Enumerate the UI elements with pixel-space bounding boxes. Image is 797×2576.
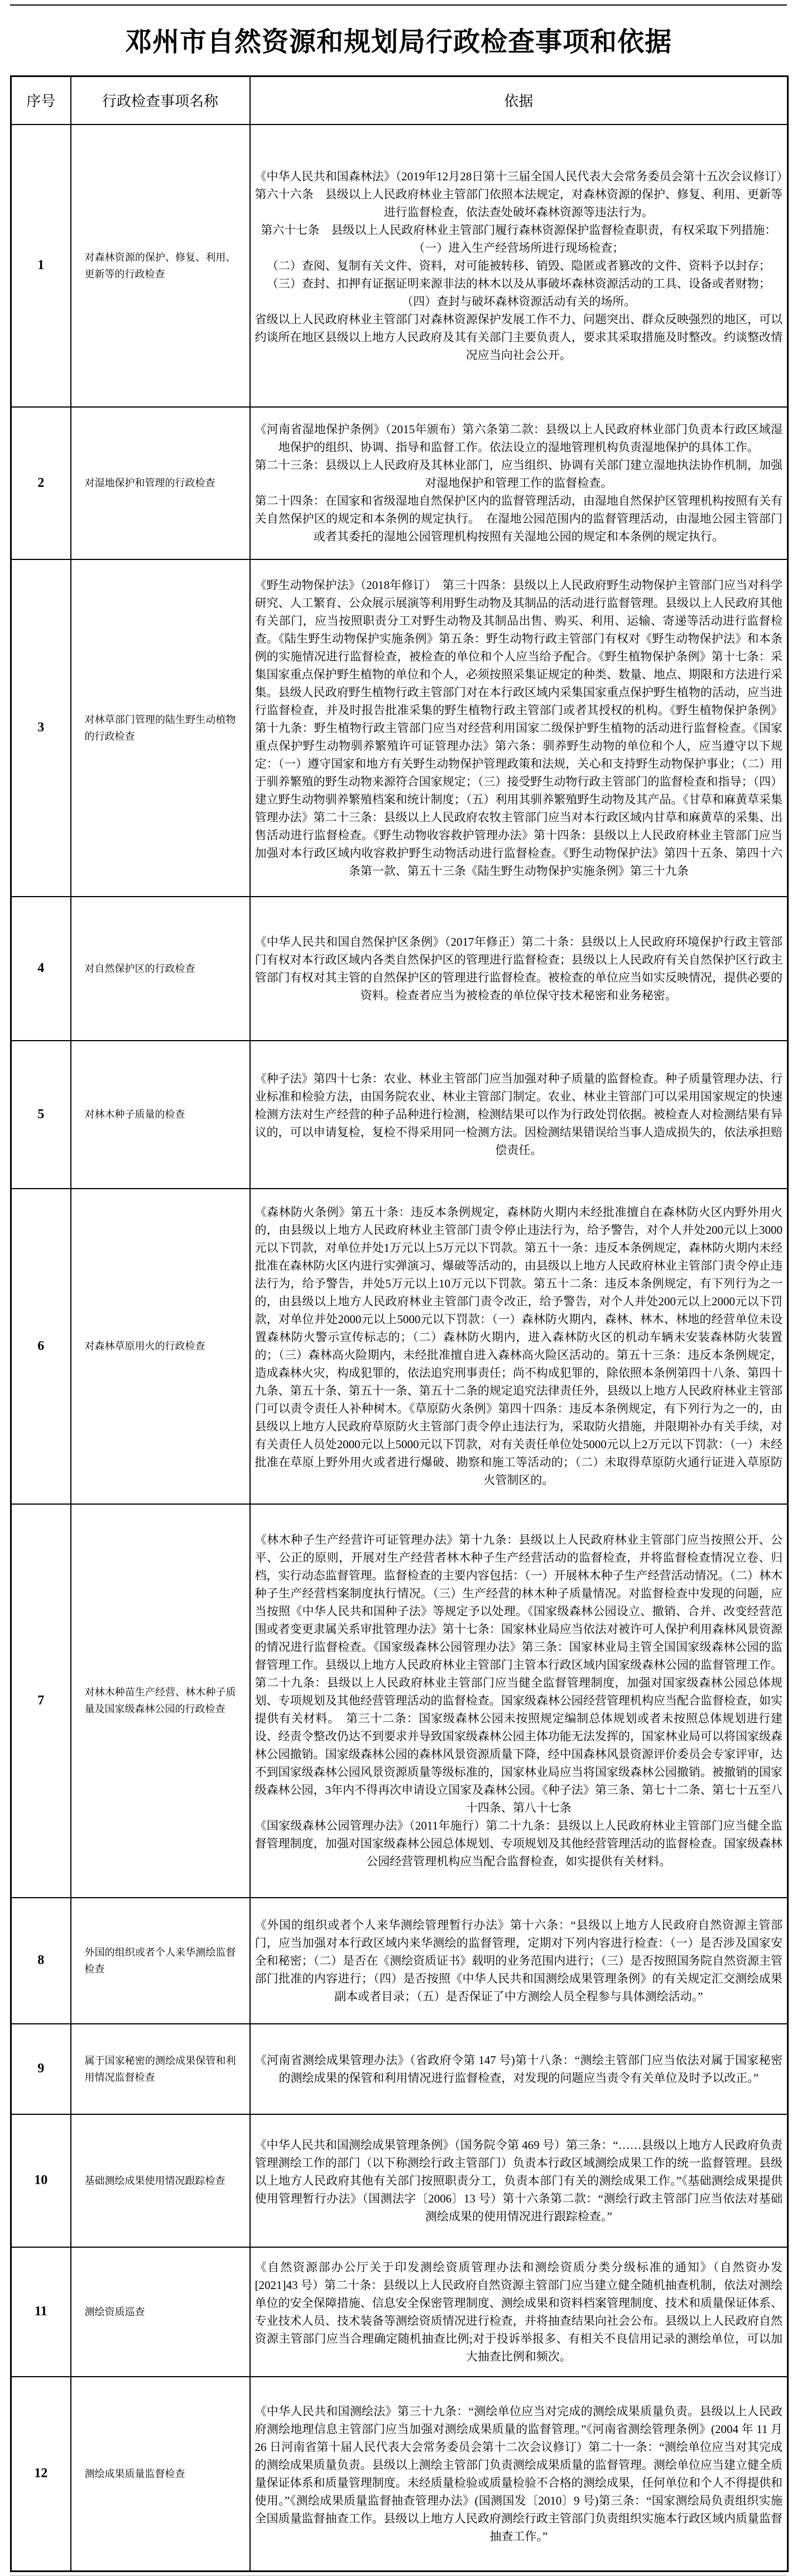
- table-row: 4对自然保护区的行政检查《中华人民共和国自然保护区条例》（2017年修正）第二十…: [11, 897, 788, 1041]
- basis-paragraph: 第二十四条：在国家和省级湿地自然保护区内的监督管理活动，由湿地自然保护区管理机构…: [255, 492, 783, 545]
- table-row: 10基础测绘成果使用情况跟踪检查《中华人民共和国测绘成果管理条例》（国务院令第 …: [11, 2114, 788, 2247]
- table-row: 3对林草部门管理的陆生野生动植物的行政检查《野生动物保护法》（2018年修订） …: [11, 559, 788, 897]
- basis-paragraph: 《野生动物保护法》（2018年修订） 第三十四条：县级以上人民政府野生动物保护主…: [255, 576, 783, 880]
- basis-cell: 《河南省测绘成果管理办法》（省政府令第 147 号)第十八条：“测绘主管部门应当…: [250, 2024, 788, 2114]
- basis-paragraph: 《林木种子生产经营许可证管理办法》第十九条：县级以上人民政府林业主管部门应当按照…: [255, 1531, 783, 1817]
- inspection-items-table: 序号 行政检查事项名称 依据 1对森林资源的保护、修复、利用、更新等的行政检查《…: [10, 75, 789, 2572]
- basis-paragraph: 《河南省湿地保护条例》（2015年颁布）第六条第二款：县级以上人民政府林业部门负…: [255, 420, 783, 456]
- item-name-cell: 基础测绘成果使用情况跟踪检查: [71, 2114, 250, 2247]
- basis-cell: 《野生动物保护法》（2018年修订） 第三十四条：县级以上人民政府野生动物保护主…: [250, 559, 788, 897]
- serial-cell: 10: [11, 2114, 71, 2247]
- basis-cell: 《中华人民共和国测绘成果管理条例》（国务院令第 469 号）第三条：“……县级以…: [250, 2114, 788, 2247]
- basis-paragraph: 省级以上人民政府林业主管部门对森林资源保护发展工作不力、问题突出、群众反映强烈的…: [255, 310, 783, 364]
- serial-cell: 3: [11, 559, 71, 897]
- basis-paragraph: 《森林防火条例》第五十条：违反本条例规定，森林防火期内未经批准擅自在森林防火区内…: [255, 1203, 783, 1489]
- table-row: 11测绘资质巡查《自然资源部办公厅关于印发测绘资质管理办法和测绘资质分类分级标准…: [11, 2247, 788, 2377]
- column-header-serial: 序号: [11, 76, 71, 125]
- document-page: 邓州市自然资源和规划局行政检查事项和依据 序号 行政检查事项名称 依据 1对森林…: [10, 0, 787, 2576]
- item-name-cell: 对自然保护区的行政检查: [71, 897, 250, 1041]
- table-row: 2对湿地保护和管理的行政检查《河南省湿地保护条例》（2015年颁布）第六条第二款…: [11, 407, 788, 559]
- basis-cell: 《中华人民共和国测绘法》第三十九条：“测绘单位应当对完成的测绘成果质量负责。县级…: [250, 2377, 788, 2572]
- basis-paragraph: 《中华人民共和国森林法》（2019年12月28日第十三届全国人民代表大会常务委员…: [255, 167, 783, 221]
- basis-cell: 《中华人民共和国自然保护区条例》（2017年修正）第二十条：县级以上人民政府环境…: [250, 897, 788, 1041]
- serial-cell: 11: [11, 2247, 71, 2377]
- item-name-cell: 对森林草原用火的行政检查: [71, 1189, 250, 1504]
- basis-cell: 《自然资源部办公厅关于印发测绘资质管理办法和测绘资质分类分级标准的通知》（自然资…: [250, 2247, 788, 2377]
- serial-cell: 1: [11, 125, 71, 407]
- column-header-item-name: 行政检查事项名称: [71, 76, 250, 125]
- basis-paragraph: （二）查阅、复制有关文件、资料，对可能被转移、销毁、隐匿或者篡改的文件、资料予以…: [255, 257, 783, 275]
- item-name-cell: 测绘成果质量监督检查: [71, 2377, 250, 2572]
- serial-cell: 7: [11, 1504, 71, 1898]
- item-name-cell: 对林木种子质量的检查: [71, 1041, 250, 1189]
- table-row: 7对林木种苗生产经营、林木种子质量及国家级森林公园的行政检查《林木种子生产经营许…: [11, 1504, 788, 1898]
- serial-cell: 8: [11, 1898, 71, 2024]
- item-name-cell: 属于国家秘密的测绘成果保管和利用情况监督检查: [71, 2024, 250, 2114]
- basis-paragraph: 《中华人民共和国自然保护区条例》（2017年修正）第二十条：县级以上人民政府环境…: [255, 933, 783, 1004]
- basis-paragraph: 第二十三条：县级以上人民政府及其林业部门，应当组织、协调有关部门建立湿地执法协作…: [255, 456, 783, 492]
- table-row: 5对林木种子质量的检查《种子法》第四十七条：农业、林业主管部门应当加强对种子质量…: [11, 1041, 788, 1189]
- basis-paragraph: 《自然资源部办公厅关于印发测绘资质管理办法和测绘资质分类分级标准的通知》（自然资…: [255, 2258, 783, 2366]
- table-row: 9属于国家秘密的测绘成果保管和利用情况监督检查《河南省测绘成果管理办法》（省政府…: [11, 2024, 788, 2114]
- basis-cell: 《外国的组织或者个人来华测绘管理暂行办法》第十六条：“县级以上地方人民政府自然资…: [250, 1898, 788, 2024]
- item-name-cell: 对森林资源的保护、修复、利用、更新等的行政检查: [71, 125, 250, 407]
- basis-paragraph: （四）查封与破坏森林资源活动有关的场所。: [255, 293, 783, 310]
- item-name-cell: 对林草部门管理的陆生野生动植物的行政检查: [71, 559, 250, 897]
- basis-paragraph: 《外国的组织或者个人来华测绘管理暂行办法》第十六条：“县级以上地方人民政府自然资…: [255, 1916, 783, 2005]
- table-header-row: 序号 行政检查事项名称 依据: [11, 76, 788, 125]
- basis-cell: 《种子法》第四十七条：农业、林业主管部门应当加强对种子质量的监督检查。种子质量管…: [250, 1041, 788, 1189]
- page-title: 邓州市自然资源和规划局行政检查事项和依据: [10, 6, 787, 75]
- basis-paragraph: （一）进入生产经营场所进行现场检查；: [255, 239, 783, 257]
- basis-cell: 《林木种子生产经营许可证管理办法》第十九条：县级以上人民政府林业主管部门应当按照…: [250, 1504, 788, 1898]
- basis-cell: 《森林防火条例》第五十条：违反本条例规定，森林防火期内未经批准擅自在森林防火区内…: [250, 1189, 788, 1504]
- basis-paragraph: 《国家级森林公园管理办法》（2011年施行）第二十九条：县级以上人民政府林业主管…: [255, 1817, 783, 1870]
- serial-cell: 5: [11, 1041, 71, 1189]
- table-row: 12测绘成果质量监督检查《中华人民共和国测绘法》第三十九条：“测绘单位应当对完成…: [11, 2377, 788, 2572]
- basis-paragraph: 《中华人民共和国测绘法》第三十九条：“测绘单位应当对完成的测绘成果质量负责。县级…: [255, 2402, 783, 2545]
- table-row: 1对森林资源的保护、修复、利用、更新等的行政检查《中华人民共和国森林法》（201…: [11, 125, 788, 407]
- basis-paragraph: 《河南省测绘成果管理办法》（省政府令第 147 号)第十八条：“测绘主管部门应当…: [255, 2051, 783, 2087]
- serial-cell: 6: [11, 1189, 71, 1504]
- serial-cell: 12: [11, 2377, 71, 2572]
- serial-cell: 2: [11, 407, 71, 559]
- basis-cell: 《中华人民共和国森林法》（2019年12月28日第十三届全国人民代表大会常务委员…: [250, 125, 788, 407]
- item-name-cell: 对林木种苗生产经营、林木种子质量及国家级森林公园的行政检查: [71, 1504, 250, 1898]
- column-header-basis: 依据: [250, 76, 788, 125]
- basis-paragraph: 第六十七条 县级以上人民政府林业主管部门履行森林资源保护监督检查职责，有权采取下…: [255, 221, 783, 239]
- serial-cell: 9: [11, 2024, 71, 2114]
- basis-cell: 《河南省湿地保护条例》（2015年颁布）第六条第二款：县级以上人民政府林业部门负…: [250, 407, 788, 559]
- item-name-cell: 对湿地保护和管理的行政检查: [71, 407, 250, 559]
- table-row: 6对森林草原用火的行政检查《森林防火条例》第五十条：违反本条例规定，森林防火期内…: [11, 1189, 788, 1504]
- item-name-cell: 外国的组织或者个人来华测绘监督检查: [71, 1898, 250, 2024]
- serial-cell: 4: [11, 897, 71, 1041]
- basis-paragraph: 《中华人民共和国测绘成果管理条例》（国务院令第 469 号）第三条：“……县级以…: [255, 2136, 783, 2225]
- basis-paragraph: 《种子法》第四十七条：农业、林业主管部门应当加强对种子质量的监督检查。种子质量管…: [255, 1070, 783, 1159]
- item-name-cell: 测绘资质巡查: [71, 2247, 250, 2377]
- basis-paragraph: （三）查封、扣押有证据证明来源非法的林木以及从事破坏森林资源活动的工具、设备或者…: [255, 275, 783, 293]
- table-row: 8外国的组织或者个人来华测绘监督检查《外国的组织或者个人来华测绘管理暂行办法》第…: [11, 1898, 788, 2024]
